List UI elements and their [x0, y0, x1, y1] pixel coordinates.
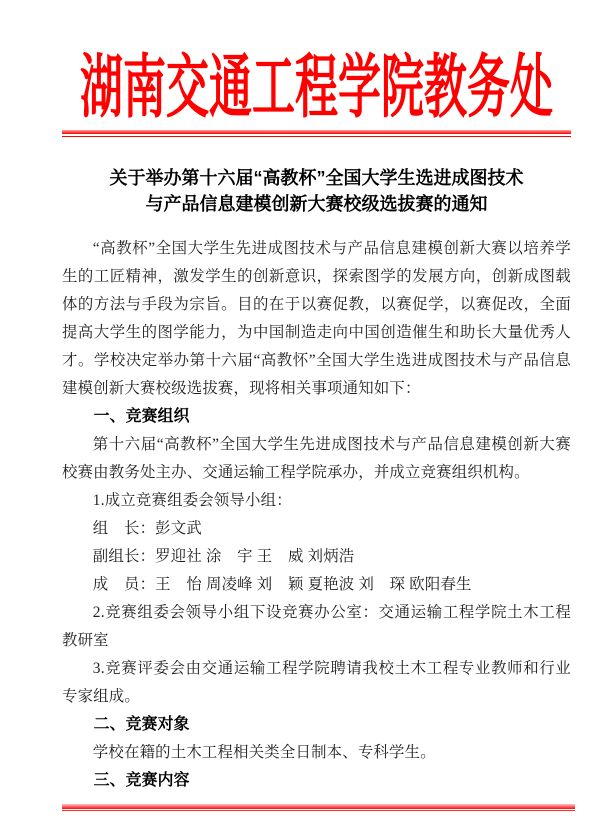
body-paragraph-organizer: 第十六届“高教杯”全国大学生先进成图技术与产品信息建模创新大赛校赛由教务处主办、… [62, 431, 571, 487]
footer-rule-thick [62, 804, 575, 809]
letterhead-rule-thin [62, 136, 571, 137]
section-heading-2: 二、竞赛对象 [62, 711, 571, 739]
doc-title-line2: 与产品信息建模创新大赛校级选拔赛的通知 [62, 191, 571, 217]
body-paragraph-item1: 1.成立竞赛组委会领导小组： [62, 487, 571, 515]
member-line-leader: 组 长：彭文武 [62, 515, 571, 543]
body-paragraph-intro: “高教杯”全国大学生先进成图技术与产品信息建模创新大赛以培养学生的工匠精神，激发… [62, 235, 571, 403]
letterhead-title: 湖南交通工程学院教务处 [80, 33, 553, 131]
letterhead: 湖南交通工程学院教务处 [62, 34, 571, 130]
member-line-deputy: 副组长：罗迎社 涂 宇 王 威 刘炳浩 [62, 543, 571, 571]
doc-title: 关于举办第十六届“高教杯”全国大学生选进成图技术 与产品信息建模创新大赛校级选拔… [62, 165, 571, 217]
member-line-members: 成 员：王 怡 周凌峰 刘 颖 夏艳波 刘 琛 欧阳春生 [62, 571, 571, 599]
doc-title-line1: 关于举办第十六届“高教杯”全国大学生选进成图技术 [62, 165, 571, 191]
footer-rule-thin [62, 810, 575, 811]
section-heading-1: 一、竞赛组织 [62, 403, 571, 431]
footer-rule [62, 804, 575, 811]
body-paragraph-item2: 2.竞赛组委会领导小组下设竞赛办公室：交通运输工程学院土木工程教研室 [62, 599, 571, 655]
section-heading-3: 三、竞赛内容 [62, 767, 571, 795]
body-paragraph-item3: 3.竞赛评委会由交通运输工程学院聘请我校土木工程专业教师和行业专家组成。 [62, 655, 571, 711]
document-page: 湖南交通工程学院教务处 关于举办第十六届“高教杯”全国大学生选进成图技术 与产品… [0, 0, 607, 821]
body-paragraph-targets: 学校在籍的土木工程相关类全日制本、专科学生。 [62, 739, 571, 767]
